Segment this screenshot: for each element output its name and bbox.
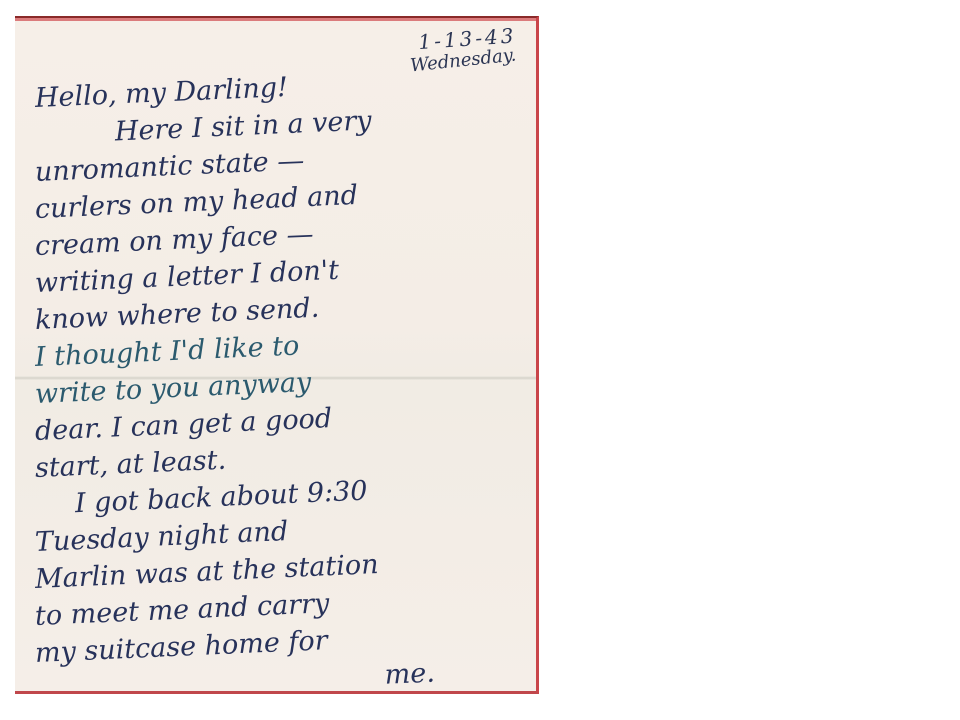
letter-page: 1-13-43 Wednesday. Hello, my Darling! He… <box>15 16 539 694</box>
letter-body: Hello, my Darling! Here I sit in a very … <box>35 80 525 709</box>
